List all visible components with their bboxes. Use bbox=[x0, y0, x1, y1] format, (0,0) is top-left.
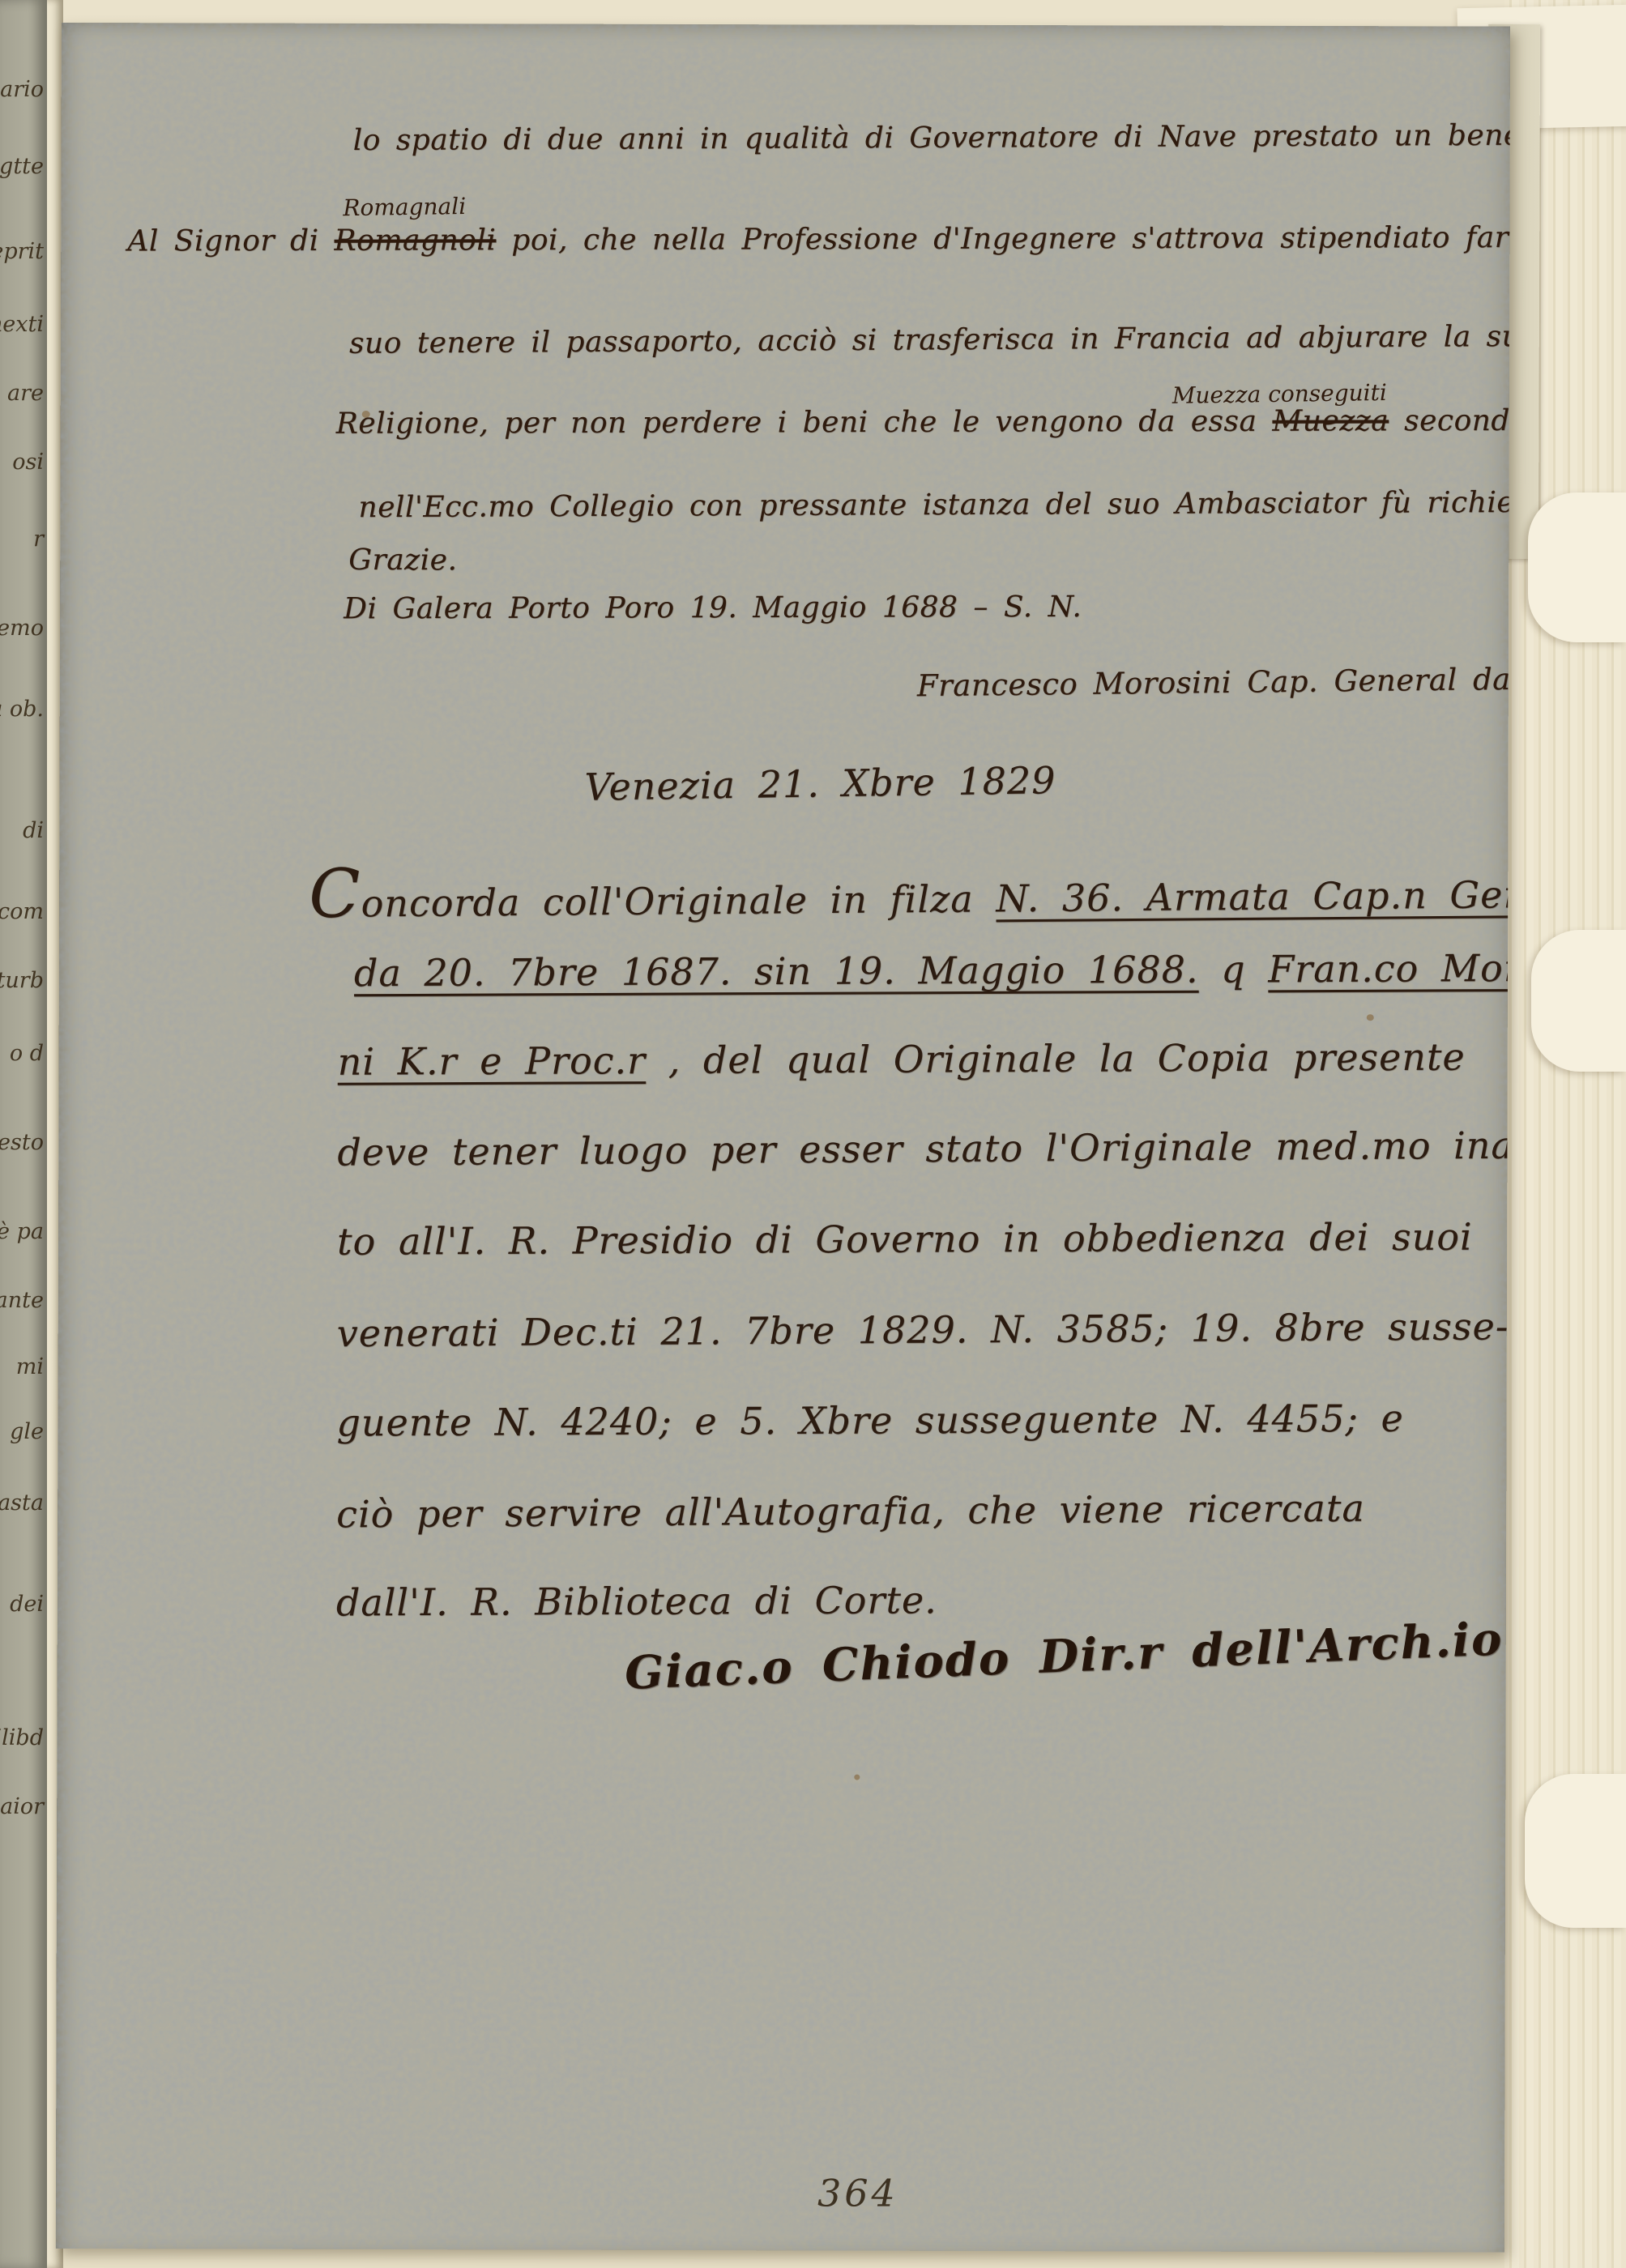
manuscript-line: Grazie. bbox=[348, 544, 457, 577]
page-edge-bump bbox=[1528, 492, 1626, 642]
underlined-text: Fran.co Morosi- bbox=[1268, 946, 1510, 991]
margin-fragment: a ob. bbox=[0, 697, 44, 722]
margin-fragment: o d bbox=[10, 1041, 44, 1066]
manuscript-line: guente N. 4240; e 5. Xbre susseguente N.… bbox=[336, 1396, 1403, 1445]
margin-fragment: dei bbox=[10, 1592, 44, 1617]
struck-word: Muezza bbox=[1272, 404, 1389, 437]
manuscript-line: dall'I. R. Biblioteca di Corte. bbox=[336, 1578, 937, 1624]
margin-fragment: reprit bbox=[0, 239, 44, 264]
morosini-signature: Francesco Morosini Cap. General da Mar —… bbox=[917, 660, 1510, 703]
marginal-note: Al Signor di bbox=[127, 224, 318, 258]
interlinear-insertion: Muezza conseguiti bbox=[1172, 379, 1387, 409]
manuscript-line: Al Signor di Romagnoli poi, che nella Pr… bbox=[127, 220, 1510, 258]
interlinear-insertion: Romagnali bbox=[343, 193, 466, 221]
struck-word: Romagnoli bbox=[334, 224, 496, 258]
manuscript-line: deve tener luogo per esser stato l'Origi… bbox=[337, 1123, 1510, 1174]
margin-fragment: ario bbox=[0, 77, 44, 102]
line-text: , del qual Originale la Copia presente bbox=[668, 1035, 1466, 1082]
margin-fragment: di bbox=[23, 818, 44, 843]
margin-fragment: è pa bbox=[0, 1219, 44, 1244]
margin-fragment: haior bbox=[0, 1794, 44, 1819]
archive-scan: { "page": { "folio_number": "364", "pape… bbox=[0, 0, 1626, 2268]
margin-fragment: turb bbox=[0, 968, 44, 993]
foxing-spot bbox=[854, 1775, 860, 1780]
line-text: secondo bbox=[1404, 404, 1510, 437]
page-edge-bump bbox=[1531, 930, 1626, 1072]
margin-fragment: mi bbox=[16, 1354, 44, 1379]
margin-fragment: com bbox=[0, 899, 44, 924]
underlined-text: N. 36. Armata Cap.n Gen.te bbox=[996, 872, 1510, 921]
line-text: q bbox=[1221, 947, 1268, 991]
authentication-dateline: Venezia 21. Xbre 1829 bbox=[584, 758, 1056, 809]
margin-fragment: osi bbox=[12, 450, 44, 475]
manuscript-line: ciò per servire all'Autografia, che vien… bbox=[336, 1486, 1365, 1537]
manuscript-line: to all'I. R. Presidio di Governo in obbe… bbox=[337, 1215, 1473, 1264]
margin-fragment: emo bbox=[0, 616, 44, 641]
underlined-text: da 20. 7bre 1687. sin 19. Maggio 1688. bbox=[354, 948, 1199, 995]
line-text: Religione, per non perdere i beni che le… bbox=[336, 405, 1257, 441]
manuscript-page: lo spatio di due anni in qualità di Gove… bbox=[56, 23, 1510, 2253]
manuscript-line: Religione, per non perdere i beni che le… bbox=[336, 404, 1510, 441]
folio-number: 364 bbox=[817, 2171, 898, 2215]
manuscript-line: Concorda coll'Originale in filza N. 36. … bbox=[309, 845, 1510, 933]
margin-fragment: are bbox=[7, 381, 44, 406]
manuscript-line: ni K.r e Proc.r , del qual Originale la … bbox=[338, 1035, 1466, 1084]
adjacent-page-strip: ario gtte reprit mexti are osi r emo a o… bbox=[0, 0, 47, 2268]
margin-fragment: lasta bbox=[0, 1490, 44, 1516]
margin-fragment: gtte bbox=[0, 154, 44, 179]
margin-fragment: ante bbox=[0, 1288, 44, 1313]
line-text: Concorda coll'Originale in filza bbox=[309, 876, 996, 926]
manuscript-line: venerati Dec.ti 21. 7bre 1829. N. 3585; … bbox=[337, 1304, 1509, 1355]
page-edge-bump bbox=[1525, 1774, 1626, 1928]
manuscript-line: da 20. 7bre 1687. sin 19. Maggio 1688. q… bbox=[354, 946, 1510, 995]
foxing-spot bbox=[1367, 1014, 1374, 1021]
margin-fragment: r bbox=[33, 526, 44, 552]
margin-fragment: ilibd bbox=[0, 1725, 44, 1750]
margin-fragment: esto bbox=[0, 1130, 44, 1155]
document-dateline: Di Galera Porto Poro 19. Maggio 1688 – S… bbox=[344, 590, 1082, 625]
manuscript-line: suo tenere il passaporto, acciò si trasf… bbox=[349, 319, 1510, 360]
margin-fragment: gle bbox=[10, 1419, 44, 1444]
margin-fragment: mexti bbox=[0, 312, 44, 337]
line-text: poi, che nella Professione d'Ingegnere s… bbox=[511, 220, 1510, 257]
manuscript-line: nell'Ecc.mo Collegio con pressante istan… bbox=[358, 486, 1510, 525]
underlined-text: ni K.r e Proc.r bbox=[338, 1038, 647, 1084]
manuscript-line: lo spatio di due anni in qualità di Gove… bbox=[353, 117, 1510, 157]
